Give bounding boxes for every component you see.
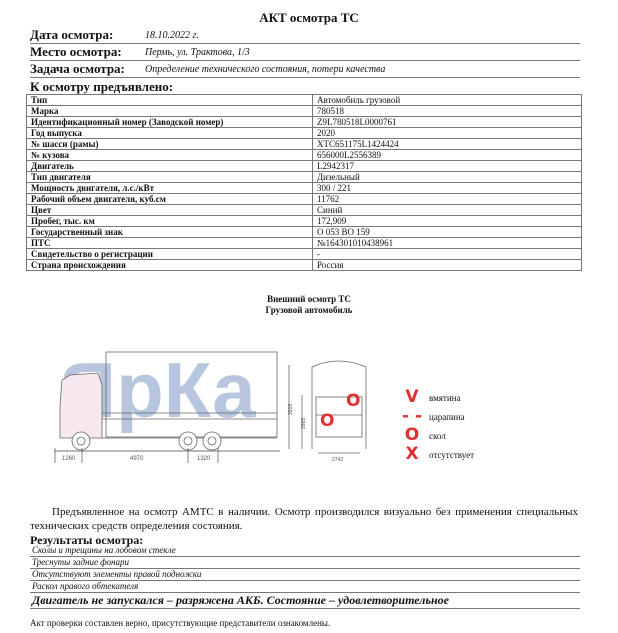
table-row: Рабочий объем двигателя, куб.см11762 [27, 194, 582, 205]
field-name: Марка [27, 106, 313, 117]
field-value: Синий [313, 205, 582, 216]
field-name: Пробег, тыс. км [27, 216, 313, 227]
footer-note: Акт проверки составлен верно, присутству… [30, 618, 330, 628]
field-name: Свидетельство о регистрации [27, 249, 313, 260]
header-row-date: Дата осмотра: 18.10.2022 г. [30, 26, 580, 44]
table-row: Государственный знакО 053 ВО 159 [27, 227, 582, 238]
field-name: Государственный знак [27, 227, 313, 238]
svg-text:2743: 2743 [332, 457, 343, 463]
exterior-title-block: Внешний осмотр ТС Грузовой автомобиль [0, 294, 618, 316]
result-summary: Двигатель не запускался – разряжена АКБ.… [30, 593, 580, 609]
field-value: XTC651175L1424424 [313, 139, 582, 150]
legend-label: царапина [429, 412, 465, 422]
header-value: 18.10.2022 г. [145, 28, 199, 43]
field-name: Тип [27, 95, 313, 106]
legend-item: V вмятина [395, 388, 474, 407]
result-item: Сколы и трещины на лобовом стекле [30, 545, 580, 557]
header-row-task: Задача осмотра: Определение технического… [30, 60, 580, 78]
chip-mark-icon: O [320, 411, 334, 431]
header-value: Пермь, ул. Трактова, 1/3 [145, 45, 250, 60]
legend-label: скол [429, 431, 446, 441]
exterior-title: Внешний осмотр ТС [0, 294, 618, 305]
field-name: № шасси (рамы) [27, 139, 313, 150]
field-name: ПТС [27, 238, 313, 249]
field-value: Автомобиль грузовой [313, 95, 582, 106]
svg-text:1260: 1260 [62, 456, 76, 462]
legend-label: отсутствует [429, 450, 474, 460]
table-row: Свидетельство о регистрации- [27, 249, 582, 260]
table-row: ТипАвтомобиль грузовой [27, 95, 582, 106]
field-name: № кузова [27, 150, 313, 161]
exterior-subtitle: Грузовой автомобиль [0, 305, 618, 316]
field-value: L2942317 [313, 161, 582, 172]
field-value: Россия [313, 260, 582, 271]
field-name: Двигатель [27, 161, 313, 172]
field-value: - [313, 249, 582, 260]
result-item: Отсутствуют элементы правой подножки [30, 569, 580, 581]
table-row: ДвигательL2942317 [27, 161, 582, 172]
svg-text:2885: 2885 [301, 418, 307, 429]
field-value: 780518 [313, 106, 582, 117]
document-title: АКТ осмотра ТС [0, 10, 618, 26]
field-name: Тип двигателя [27, 172, 313, 183]
field-value: 172,909 [313, 216, 582, 227]
header-label: Дата осмотра: [30, 27, 145, 43]
table-row: ПТС№164301010438961 [27, 238, 582, 249]
header-value: Определение технического состояния, поте… [145, 62, 385, 77]
field-value: 2020 [313, 128, 582, 139]
field-name: Идентификационный номер (Заводской номер… [27, 117, 313, 128]
scratch-mark-icon: - - [395, 407, 429, 426]
results-list: Сколы и трещины на лобовом стекле Тресну… [30, 545, 580, 609]
header-row-place: Место осмотра: Пермь, ул. Трактова, 1/3 [30, 43, 580, 61]
field-value: 656000L2556389 [313, 150, 582, 161]
legend-item: X отсутствует [395, 445, 474, 464]
missing-mark-icon: X [395, 445, 429, 464]
field-value: №164301010438961 [313, 238, 582, 249]
table-row: № шасси (рамы)XTC651175L1424424 [27, 139, 582, 150]
inspection-paragraph: Предъявленное на осмотр АМТС в наличии. … [30, 505, 578, 533]
field-value: О 053 ВО 159 [313, 227, 582, 238]
field-name: Рабочий объем двигателя, куб.см [27, 194, 313, 205]
result-item: Треснуты задние фонари [30, 557, 580, 569]
legend-label: вмятина [429, 393, 461, 403]
chip-mark-icon: O [395, 426, 429, 445]
table-row: Марка780518 [27, 106, 582, 117]
result-item: Раскол правого обтекателя [30, 581, 580, 593]
table-row: Год выпуска2020 [27, 128, 582, 139]
field-value: Дизельный [313, 172, 582, 183]
legend-item: O скол [395, 426, 474, 445]
table-row: Страна происхожденияРоссия [27, 260, 582, 271]
vehicle-info-table: ТипАвтомобиль грузовойМарка780518Идентиф… [26, 94, 582, 271]
field-name: Год выпуска [27, 128, 313, 139]
svg-text:1320: 1320 [197, 456, 211, 462]
table-row: Мощность двигателя, л.с./кВт300 / 221 [27, 183, 582, 194]
field-name: Цвет [27, 205, 313, 216]
field-value: 300 / 221 [313, 183, 582, 194]
table-row: ЦветСиний [27, 205, 582, 216]
table-row: Пробег, тыс. км172,909 [27, 216, 582, 227]
table-row: № кузова656000L2556389 [27, 150, 582, 161]
field-value: 11762 [313, 194, 582, 205]
svg-text:3915: 3915 [288, 404, 294, 415]
field-name: Страна происхождения [27, 260, 313, 271]
chip-mark-icon: O [346, 391, 360, 411]
field-value: Z9L780518L0000761 [313, 117, 582, 128]
svg-text:4970: 4970 [130, 456, 144, 462]
table-row: Идентификационный номер (Заводской номер… [27, 117, 582, 128]
legend-item: - - царапина [395, 407, 474, 426]
presented-heading: К осмотру предъявлено: [30, 79, 173, 95]
dent-mark-icon: V [395, 388, 429, 407]
damage-legend: V вмятина - - царапина O скол X отсутств… [395, 388, 474, 464]
table-row: Тип двигателяДизельный [27, 172, 582, 183]
field-name: Мощность двигателя, л.с./кВт [27, 183, 313, 194]
header-label: Задача осмотра: [30, 61, 145, 77]
header-label: Место осмотра: [30, 44, 145, 60]
